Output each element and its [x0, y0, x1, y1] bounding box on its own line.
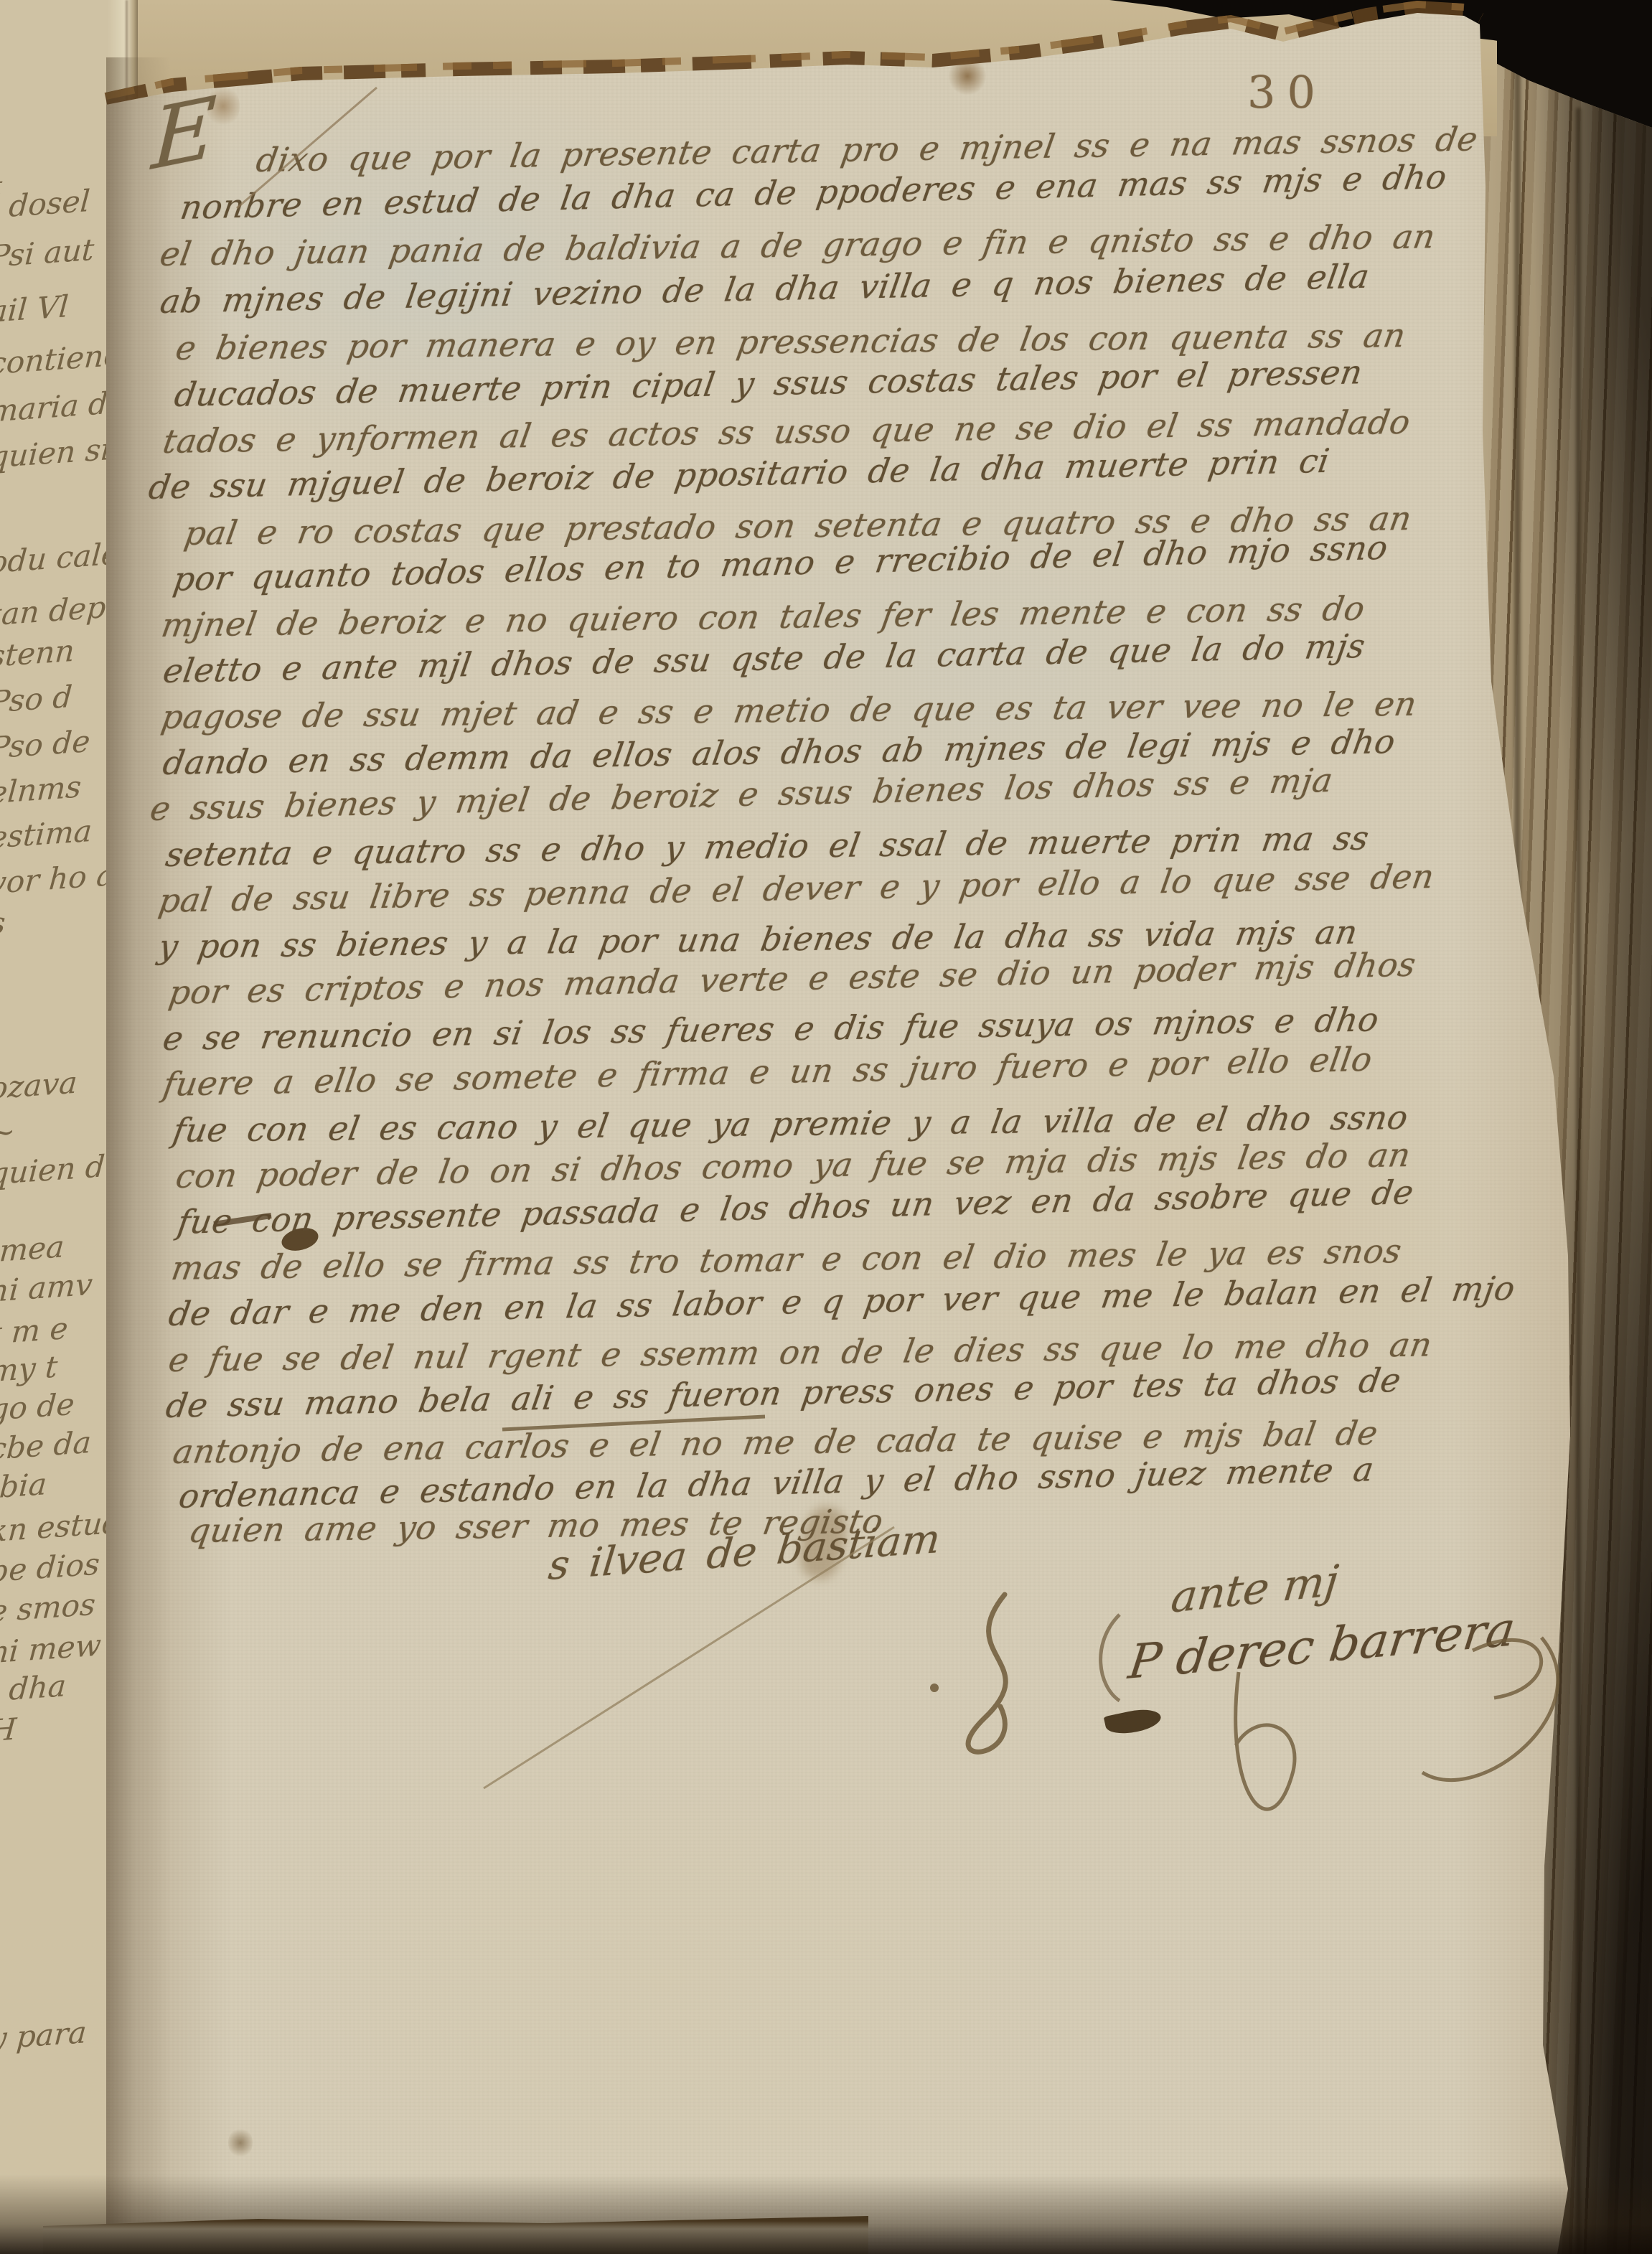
- manuscript-photo: ti doselPsi autail Vlcontienemaria dquie…: [0, 0, 1652, 2254]
- pen-strokes: [0, 0, 1652, 2254]
- bottom-shadow: [0, 2174, 1652, 2254]
